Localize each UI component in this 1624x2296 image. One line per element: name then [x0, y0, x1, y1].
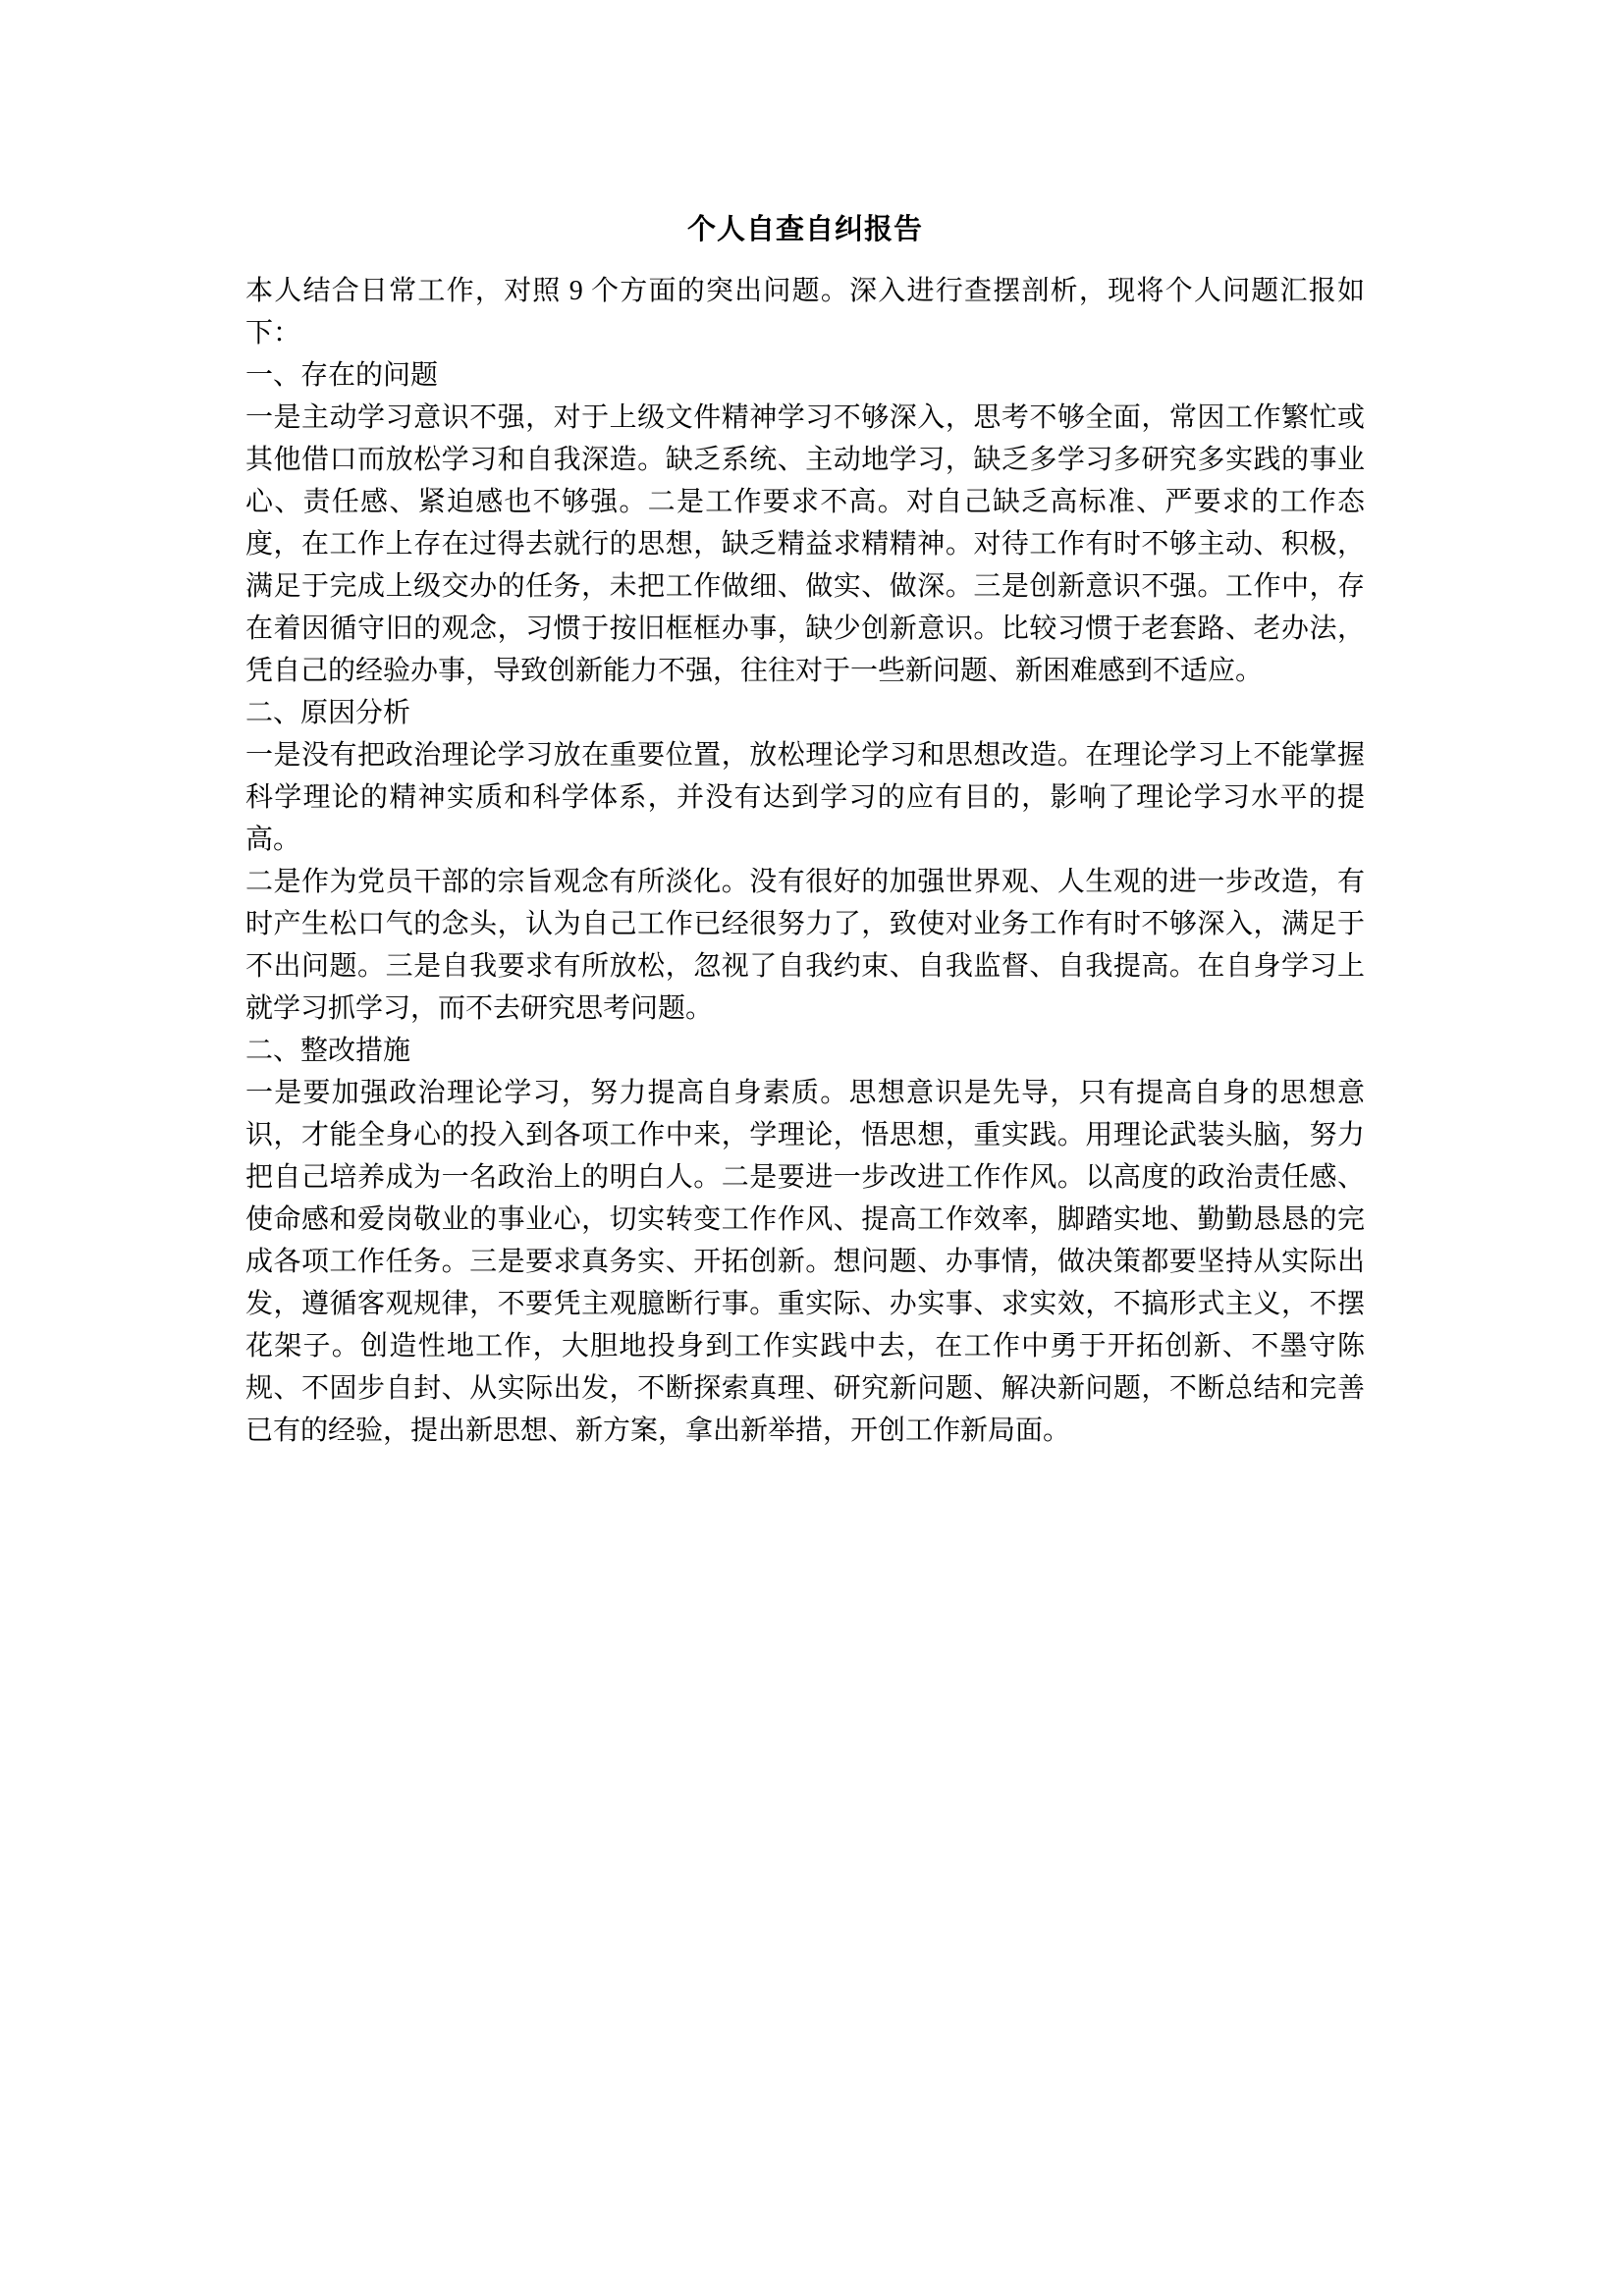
paragraph: 二是作为党员干部的宗旨观念有所淡化。没有很好的加强世界观、人生观的进一步改造，有…: [245, 861, 1365, 1030]
document-title: 个人自查自纠报告: [245, 209, 1365, 251]
section-heading: 一、存在的问题: [245, 354, 1365, 397]
section-heading: 二、整改措施: [245, 1030, 1365, 1072]
paragraph: 一是没有把政治理论学习放在重要位置，放松理论学习和思想改造。在理论学习上不能掌握…: [245, 734, 1365, 861]
paragraph: 一是要加强政治理论学习，努力提高自身素质。思想意识是先导，只有提高自身的思想意识…: [245, 1072, 1365, 1452]
document-body: 本人结合日常工作，对照 9 个方面的突出问题。深入进行查摆剖析，现将个人问题汇报…: [245, 270, 1365, 1452]
document-page: 个人自查自纠报告 本人结合日常工作，对照 9 个方面的突出问题。深入进行查摆剖析…: [0, 0, 1624, 2296]
paragraph: 一是主动学习意识不强，对于上级文件精神学习不够深入，思考不够全面，常因工作繁忙或…: [245, 397, 1365, 692]
section-heading: 二、原因分析: [245, 692, 1365, 734]
paragraph: 本人结合日常工作，对照 9 个方面的突出问题。深入进行查摆剖析，现将个人问题汇报…: [245, 270, 1365, 354]
